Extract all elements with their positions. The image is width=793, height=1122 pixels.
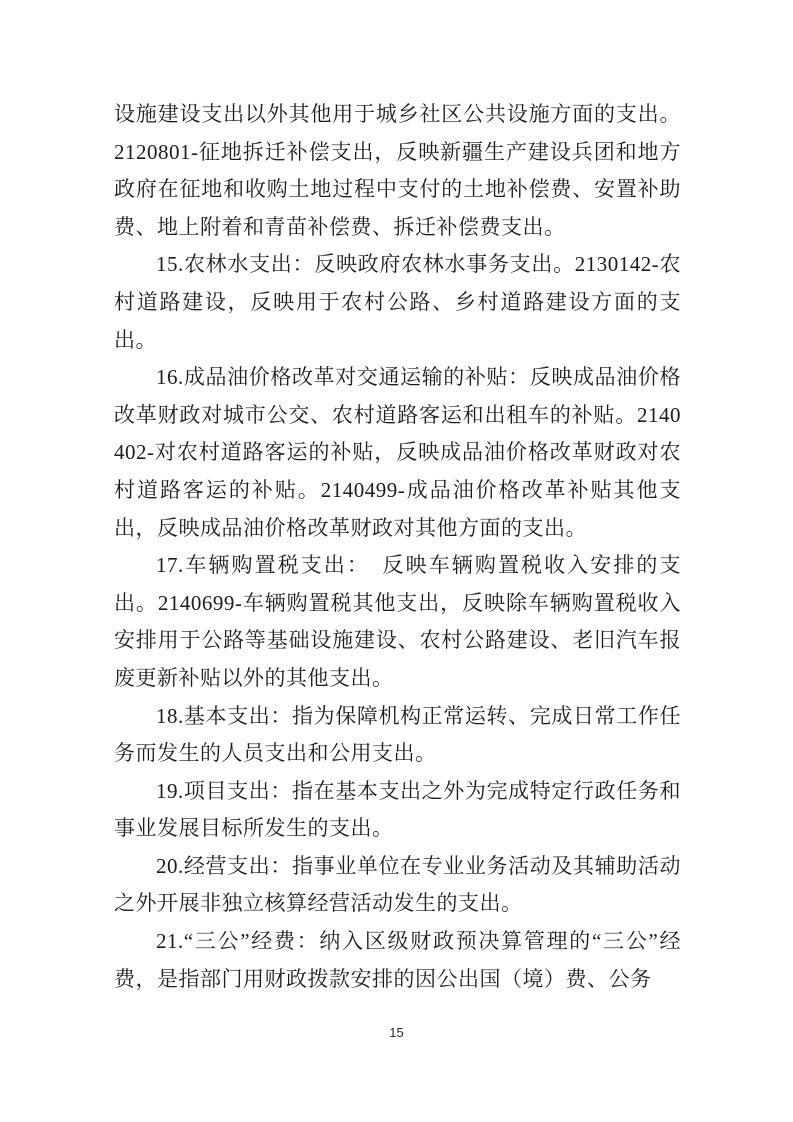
paragraph-19-project-expenditure: 19.项目支出：指在基本支出之外为完成特定行政任务和事业发展目标所发生的支出。 bbox=[114, 773, 681, 848]
paragraph-21-three-public-funds: 21.“三公”经费：纳入区级财政预决算管理的“三公”经费，是指部门用财政拨款安排… bbox=[114, 923, 681, 998]
paragraph-20-operating-expenditure: 20.经营支出：指事业单位在专业业务活动及其辅助活动之外开展非独立核算经营活动发… bbox=[114, 848, 681, 923]
paragraph-16-refined-oil-price-reform-subsidy: 16.成品油价格改革对交通运输的补贴：反映成品油价格改革财政对城市公交、农村道路… bbox=[114, 359, 681, 547]
paragraph-15-agriculture-forestry-water: 15.农林水支出：反映政府农林水事务支出。2130142-农村道路建设，反映用于… bbox=[114, 246, 681, 359]
paragraph-17-vehicle-purchase-tax: 17.车辆购置税支出： 反映车辆购置税收入安排的支出。2140699-车辆购置税… bbox=[114, 547, 681, 697]
page-footer: 15 bbox=[0, 1024, 793, 1042]
paragraph-18-basic-expenditure: 18.基本支出：指为保障机构正常运转、完成日常工作任务而发生的人员支出和公用支出… bbox=[114, 698, 681, 773]
paragraph-continuation-urban-community-facilities: 设施建设支出以外其他用于城乡社区公共设施方面的支出。2120801-征地拆迁补偿… bbox=[114, 96, 681, 246]
page-number: 15 bbox=[389, 1025, 403, 1040]
document-body: 设施建设支出以外其他用于城乡社区公共设施方面的支出。2120801-征地拆迁补偿… bbox=[114, 96, 681, 998]
document-page: 设施建设支出以外其他用于城乡社区公共设施方面的支出。2120801-征地拆迁补偿… bbox=[0, 0, 793, 1122]
